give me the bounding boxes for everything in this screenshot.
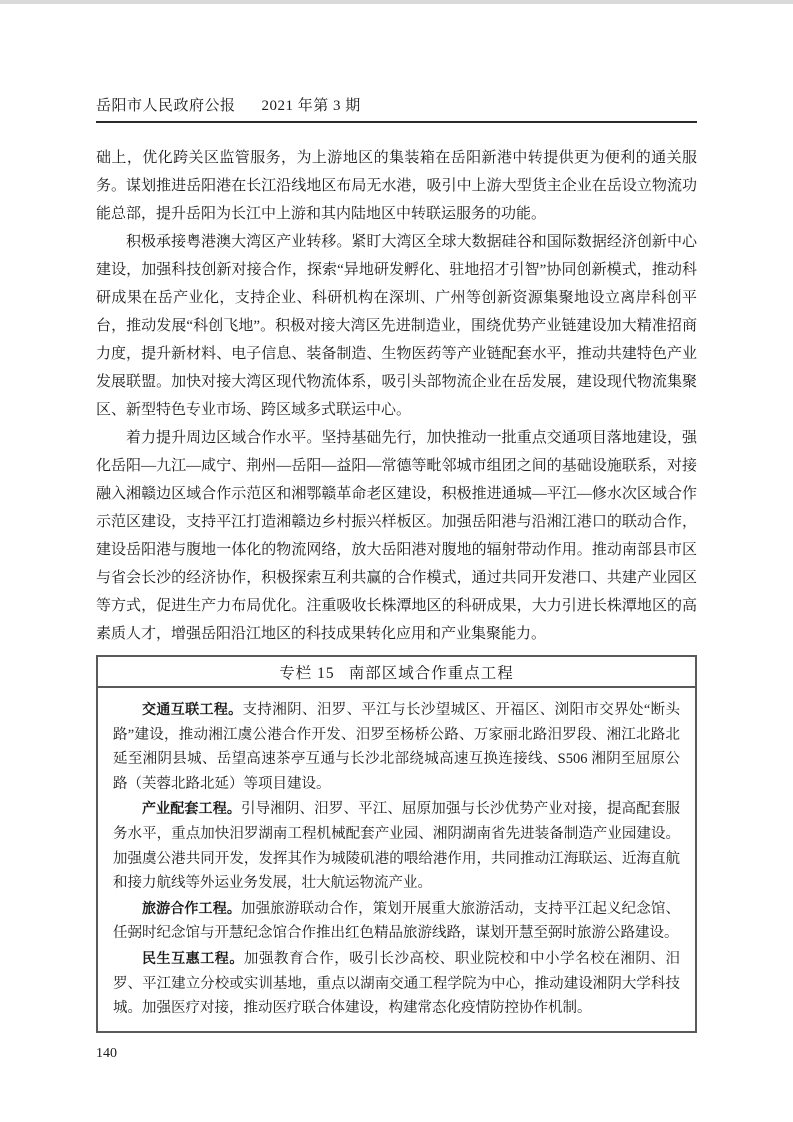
box-item-tourism: 旅游合作工程。加强旅游联动合作，策划开展重大旅游活动，支持平江起义纪念馆、任弼时…	[113, 896, 680, 946]
box-item-industry: 产业配套工程。引导湘阴、汨罗、平江、屈原加强与长沙优势产业对接，提高配套服务水平…	[113, 796, 680, 895]
box-title: 专栏 15 南部区域合作重点工程	[98, 657, 695, 688]
box-title-number: 专栏 15	[279, 661, 334, 683]
box-title-text: 南部区域合作重点工程	[349, 661, 514, 683]
paragraph-regional-cooperation: 着力提升周边区域合作水平。坚持基础先行，加快推动一批重点交通项目落地建设，强化岳…	[96, 424, 697, 648]
scan-edge	[0, 0, 793, 4]
paragraph-continuation: 础上，优化跨关区监管服务，为上游地区的集装箱在岳阳新港中转提供更为便利的通关服务…	[96, 144, 697, 228]
running-header: 岳阳市人民政府公报2021 年第 3 期	[96, 96, 697, 123]
box-item-transport: 交通互联工程。支持湘阴、汨罗、平江与长沙望城区、开福区、浏阳市交界处“断头路”建…	[113, 697, 680, 796]
issue-label: 2021 年第 3 期	[262, 98, 361, 114]
box-item-lead: 旅游合作工程。	[142, 900, 241, 916]
article-body: 础上，优化跨关区监管服务，为上游地区的集装箱在岳阳新港中转提供更为便利的通关服务…	[96, 144, 697, 648]
feature-box-column15: 专栏 15 南部区域合作重点工程 交通互联工程。支持湘阴、汨罗、平江与长沙望城区…	[96, 655, 697, 1033]
gazette-title: 岳阳市人民政府公报	[96, 98, 236, 114]
box-item-livelihood: 民生互惠工程。加强教育合作，吸引长沙高校、职业院校和中小学名校在湘阴、汨罗、平江…	[113, 946, 680, 1021]
box-item-lead: 产业配套工程。	[142, 800, 241, 816]
paragraph-greater-bay: 积极承接粤港澳大湾区产业转移。紧盯大湾区全球大数据硅谷和国际数据经济创新中心建设…	[96, 228, 697, 424]
box-item-lead: 交通互联工程。	[142, 701, 243, 717]
box-body: 交通互联工程。支持湘阴、汨罗、平江与长沙望城区、开福区、浏阳市交界处“断头路”建…	[98, 688, 695, 1031]
box-item-lead: 民生互惠工程。	[142, 950, 244, 966]
page-number: 140	[96, 1046, 697, 1062]
gazette-page: 岳阳市人民政府公报2021 年第 3 期 础上，优化跨关区监管服务，为上游地区的…	[0, 0, 793, 1122]
